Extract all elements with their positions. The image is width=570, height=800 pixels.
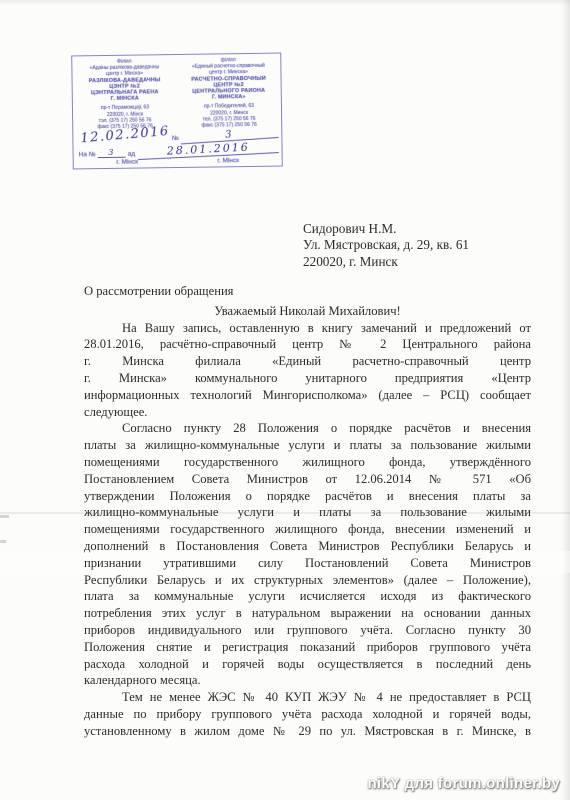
stamp-city-right: г. Мінск [217,157,239,164]
body-line: приборов индивидуального или группового … [84,622,531,639]
body-line: расхода холодной и горячей воды осуществ… [84,656,531,673]
body-line: потребления этих услуг в натуральном выр… [84,605,531,622]
body-paragraph: Согласно пункту 28 Положения о порядке р… [84,420,531,689]
ad-label: ад [126,151,138,158]
body-line: Постановлением Совета Министров от 12.06… [84,471,531,488]
na-number-label: На № [77,151,98,158]
body-line: платы за жилищно-коммунальные услуги и п… [84,437,531,454]
body-line: следующее. [84,404,531,421]
body-line: На Вашу запись, оставленную в книгу заме… [84,320,531,337]
text-line: Г. МІНСКА [73,95,177,103]
body-line: 28.01.2016, расчётно-справочный центр № … [84,336,531,353]
number-label: № [170,135,181,142]
body-line: помещениями государственного жилищного ф… [84,521,531,538]
scan-edge-mark [0,515,9,518]
body-line: утверждении Положения о порядке расчётов… [84,488,531,505]
body-line: жилищно-коммунальные услуги и платы за п… [84,504,531,521]
scan-edge-shading-top [0,0,570,6]
recipient-address-block: Сидорович Н.М.Ул. Мястровская, д. 29, кв… [303,221,513,270]
body-line: помещениями государственного жилищного ф… [84,454,531,471]
scan-edge-shading-right [562,0,570,800]
stamp-city-left: г. Мінск [116,159,138,166]
stamp-left-belarusian: Філіял«Адзіны разлікова-даведачныцэнтр г… [72,55,177,128]
letterhead-stamp-block: Філіял«Адзіны разлікова-даведачныцэнтр г… [71,53,283,170]
body-line: дополнений в Постановления Совета Минист… [84,538,531,555]
watermark-text: nikY для forum.onliner.by [367,775,560,792]
body-line: Тем не менее ЖЭС № 40 КУП ЖЭУ № 4 не пре… [84,689,531,706]
body-line: установленному в жилом доме № 29 по ул. … [84,723,531,740]
body-line: признании утратившими силу Постановлений… [84,555,531,572]
salutation-line: Уважаемый Николай Михайлович! [84,303,531,320]
subject-line: О рассмотрении обращения [84,283,531,300]
text-line: Г. МИНСКА» [177,94,281,102]
body-paragraph: На Вашу запись, оставленную в книгу заме… [84,320,531,421]
handwritten-incoming-number: 3 [98,148,126,158]
body-line: г. Минска филиала «Единый расчетно-справ… [84,353,531,370]
text-line: Ул. Мястровская, д. 29, кв. 61 [303,237,513,253]
body-line: плата за коммунальные услуги исчисляется… [84,588,531,605]
body-line: данные по прибору группового учёта расхо… [84,706,531,723]
letter-body: О рассмотрении обращения Уважаемый Никол… [84,283,531,740]
body-line: Республики Беларусь и их структурных эле… [84,572,531,589]
body-paragraphs: На Вашу запись, оставленную в книгу заме… [84,320,531,740]
body-line: г. Минска» коммунального унитарного пред… [84,370,531,387]
text-line: Сидорович Н.М. [303,221,513,237]
text-line: 220020, г. Минск [303,254,513,270]
scan-edge-mark [0,540,6,543]
body-line: календарного месяца. [84,672,531,689]
stamp-columns: Філіял«Адзіны разлікова-даведачныцэнтр г… [72,54,281,129]
scanned-letter-page: Філіял«Адзіны разлікова-даведачныцэнтр г… [0,0,570,800]
body-line: Согласно пункту 28 Положения о порядке р… [84,420,531,437]
body-paragraph: Тем не менее ЖЭС № 40 КУП ЖЭУ № 4 не пре… [84,689,531,739]
stamp-right-russian: філіял«Единый расчетно-справочныйцентр г… [176,54,281,127]
body-line: Положения снятие и регистрация показаний… [84,639,531,656]
body-line: информационных технологий Мингорисполком… [84,387,531,404]
stamp-fields: 12.02.2016 № 3 На № 3 ад 28.01.2016 г. М… [76,126,279,167]
